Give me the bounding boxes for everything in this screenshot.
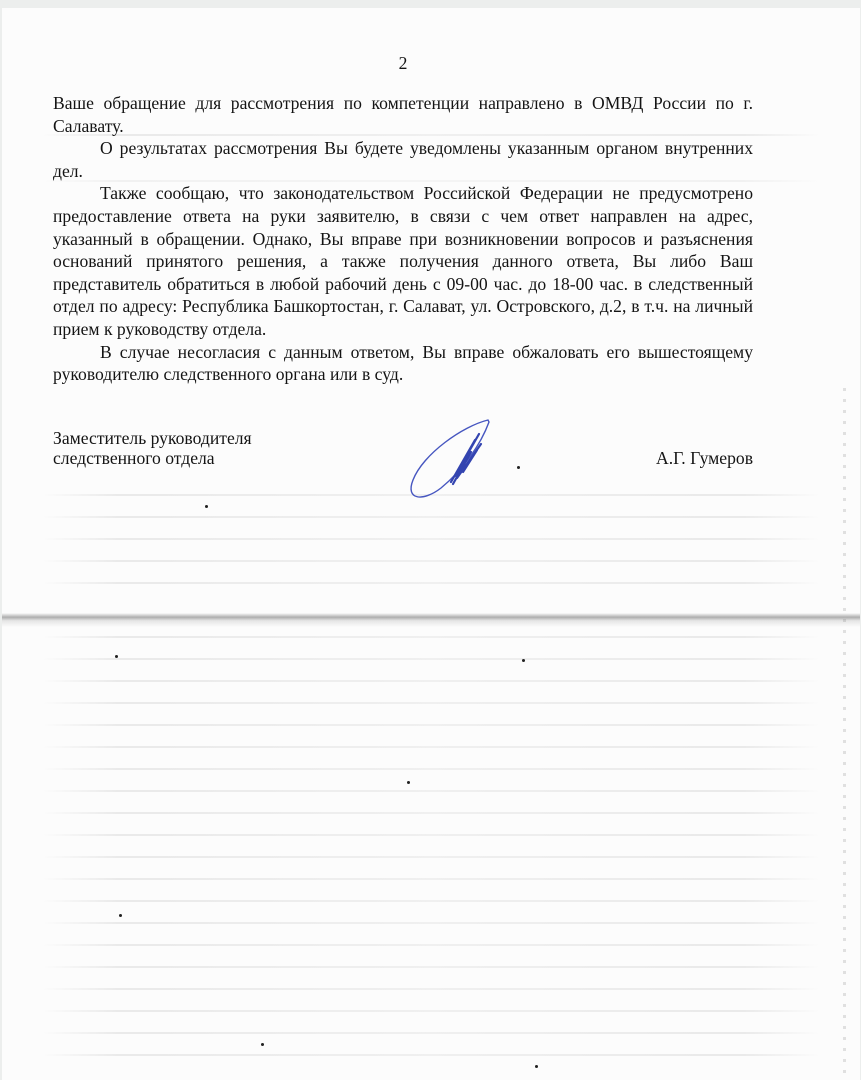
scan-speck [261,1043,264,1046]
edge-speckle [843,388,846,1080]
page-number: 2 [53,52,753,75]
bleed-through-line [42,658,820,660]
bleed-through-line [42,856,820,858]
paragraph-notification: О результатах рассмотрения Вы будете уве… [53,137,753,182]
scan-speck [535,1065,538,1068]
bleed-through-line [42,944,820,946]
paper-fold-crease [2,613,860,627]
scan-speck [119,914,122,917]
paragraph-appeal: В случае несогласия с данным ответом, Вы… [53,341,753,386]
bleed-through-line [42,1054,820,1056]
bleed-through-line [42,922,820,924]
bleed-through-line [42,746,820,748]
bleed-through-line [42,1032,820,1034]
paragraph-response-delivery: Также сообщаю, что законодательством Рос… [53,182,753,340]
scan-speck [115,655,118,658]
handwritten-signature-icon [393,414,533,514]
scan-speck [522,659,525,662]
signer-position-line1: Заместитель руководителя [53,428,252,448]
signer-name: А.Г. Гумеров [656,448,753,468]
bleed-through-line [42,768,820,770]
bleed-through-line [42,560,820,562]
scan-speck [205,505,208,508]
bleed-through-line [42,988,820,990]
bleed-through-line [42,834,820,836]
bleed-through-line [42,636,820,638]
signer-position-line2: следственного отдела [53,448,252,468]
bleed-through-line [42,790,820,792]
letter-text: Ваше обращение для рассмотрения по компе… [53,92,753,386]
bleed-through-line [42,1010,820,1012]
bleed-through-line [42,582,820,584]
signature-block: Заместитель руководителя следственного о… [53,428,753,478]
scan-speck [407,781,410,784]
bleed-through-line [42,812,820,814]
paragraph-forwarded: Ваше обращение для рассмотрения по компе… [53,92,753,137]
bleed-through-line [42,538,820,540]
bleed-through-line [42,702,820,704]
bleed-through-line [42,900,820,902]
bleed-through-line [42,966,820,968]
bleed-through-line [42,680,820,682]
scanned-page: 2 Ваше обращение для рассмотрения по ком… [2,8,860,1080]
signer-position: Заместитель руководителя следственного о… [53,428,252,468]
bleed-through-line [42,878,820,880]
bleed-through-line [42,516,820,518]
bleed-through-line [42,724,820,726]
